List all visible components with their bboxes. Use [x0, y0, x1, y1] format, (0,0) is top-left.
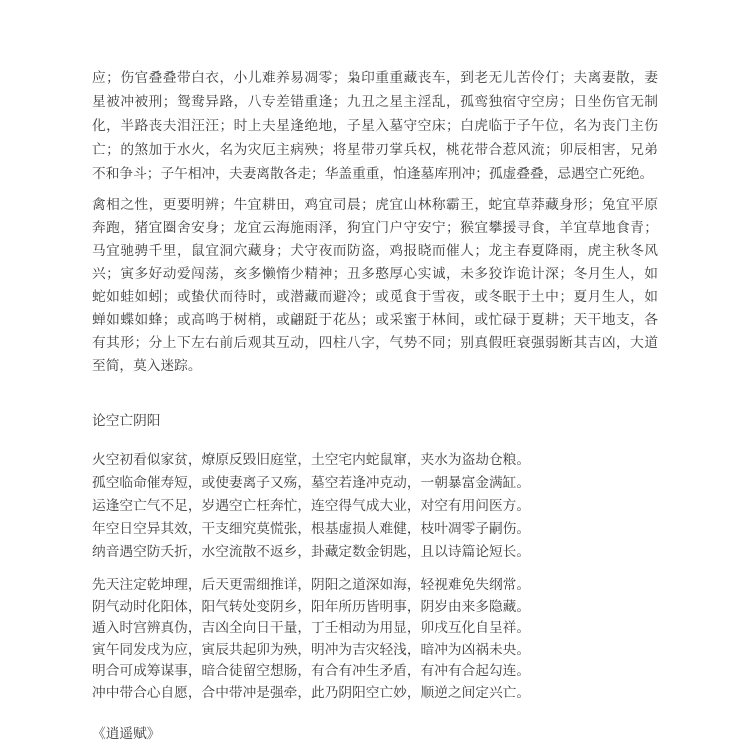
verse-paragraph: 火空初看似家贫，燎原反毁旧庭堂，土空宅内蛇鼠窜，夹水为盗劫仓粮。孤空临命催寿短，… — [92, 448, 658, 563]
text-line: 论空亡阴阳 — [92, 409, 658, 432]
text-line: 寅午同发戌为应，寅辰共起卯为殃，明冲为吉灾轻浅，暗冲为凶祸未央。 — [92, 639, 658, 661]
text-line: 年空日空异其效，干支细究莫慌张，根基虚损人难健，枝叶凋零子嗣伤。 — [92, 517, 658, 540]
paragraph: 禽相之性，更要明辨；牛宜耕田，鸡宜司晨；虎宜山林称霸王，蛇宜草莽藏身形；兔宜平原… — [92, 193, 658, 377]
text-line: 应；伤官叠叠带白衣，小儿难养易凋零；枭印重重藏丧车，到老无儿苦伶仃；夫离妻散，妻 — [92, 66, 658, 90]
text-line: 蝉如蝶如蜂；或高鸣于树梢，或翩跹于花丛；或采蜜于林间，或忙碌于夏耕；天干地支，各 — [92, 308, 658, 331]
book-title: 《逍遥赋》 — [92, 722, 658, 745]
document-page: 应；伤官叠叠带白衣，小儿难养易凋零；枭印重重藏丧车，到老无儿苦伶仃；夫离妻散，妻… — [92, 66, 658, 745]
text-line: 冲中带合心自愿，合中带冲是强牵，此乃阴阳空亡妙，顺逆之间定兴亡。 — [92, 682, 658, 704]
text-line: 遁入时宫辨真伪，吉凶全向日干量，丁壬相动为用显，卯戌互化自呈祥。 — [92, 617, 658, 639]
text-line: 化，半路丧夫泪汪汪；时上夫星逢绝地，子星入墓守空床；白虎临于子午位，名为丧门主伤 — [92, 114, 658, 138]
text-line: 孤空临命催寿短，或使妻离子又殇，墓空若逢冲克动，一朝暴富金满缸。 — [92, 471, 658, 494]
paragraph: 应；伤官叠叠带白衣，小儿难养易凋零；枭印重重藏丧车，到老无儿苦伶仃；夫离妻散，妻… — [92, 66, 658, 186]
text-line: 蛇如蛙如蚓；或蛰伏而待时，或潜藏而避冷；或觅食于雪夜，或冬眠于土中；夏月生人，如 — [92, 285, 658, 308]
text-line: 火空初看似家贫，燎原反毁旧庭堂，土空宅内蛇鼠窜，夹水为盗劫仓粮。 — [92, 448, 658, 471]
text-line: 禽相之性，更要明辨；牛宜耕田，鸡宜司晨；虎宜山林称霸王，蛇宜草莽藏身形；兔宜平原 — [92, 193, 658, 216]
text-line: 兴；寅多好动爱闯荡，亥多懒惰少精神；丑多憨厚心实诚，未多狡诈诡计深；冬月生人，如 — [92, 262, 658, 285]
text-line: 《逍遥赋》 — [92, 722, 658, 745]
text-line: 明合可成筹谋事，暗合徒留空想肠，有合有冲生矛盾，有冲有合起勾连。 — [92, 660, 658, 682]
text-line: 先天注定乾坤理，后天更需细推详，阴阳之道深如海，轻视难免失纲常。 — [92, 574, 658, 596]
text-line: 奔跑，猪宜圈舍安身；龙宜云海施雨泽，狗宜门户守安宁；猴宜攀援寻食，羊宜草地食青； — [92, 216, 658, 239]
text-line: 阴气动时化阳体，阳气转处变阴乡，阳年所历皆明事，阴岁由来多隐藏。 — [92, 596, 658, 618]
text-line: 运逢空亡气不足，岁遇空亡枉奔忙，连空得气成大业，对空有用问医方。 — [92, 494, 658, 517]
verse-paragraph: 先天注定乾坤理，后天更需细推详，阴阳之道深如海，轻视难免失纲常。阴气动时化阳体，… — [92, 574, 658, 703]
text-line: 至简，莫入迷踪。 — [92, 354, 658, 377]
text-line: 有其形；分上下左右前后观其互动，四柱八字，气势不同；别真假旺衰强弱断其吉凶，大道 — [92, 331, 658, 354]
text-line: 星被冲被刑；鸳鸯异路，八专差错重逢；九丑之星主淫乱，孤鸾独宿守空房；日坐伤官无制 — [92, 90, 658, 114]
text-line: 不和争斗；子午相冲，夫妻离散各走；华盖重重，怕逢墓库刑冲；孤虚叠叠，忌遇空亡死绝… — [92, 162, 658, 186]
section-heading: 论空亡阴阳 — [92, 409, 658, 432]
text-line: 马宜驰骋千里，鼠宜洞穴藏身；犬守夜而防盗，鸡报晓而催人；龙主春夏降雨，虎主秋冬风 — [92, 239, 658, 262]
text-line: 亡；的煞加于水火，名为灾厄主病殃；将星带刃掌兵权，桃花带合惹风流；卯辰相害，兄弟 — [92, 138, 658, 162]
text-line: 纳音遇空防夭折，水空流散不返乡，卦藏定数金钥匙，且以诗篇论短长。 — [92, 540, 658, 563]
